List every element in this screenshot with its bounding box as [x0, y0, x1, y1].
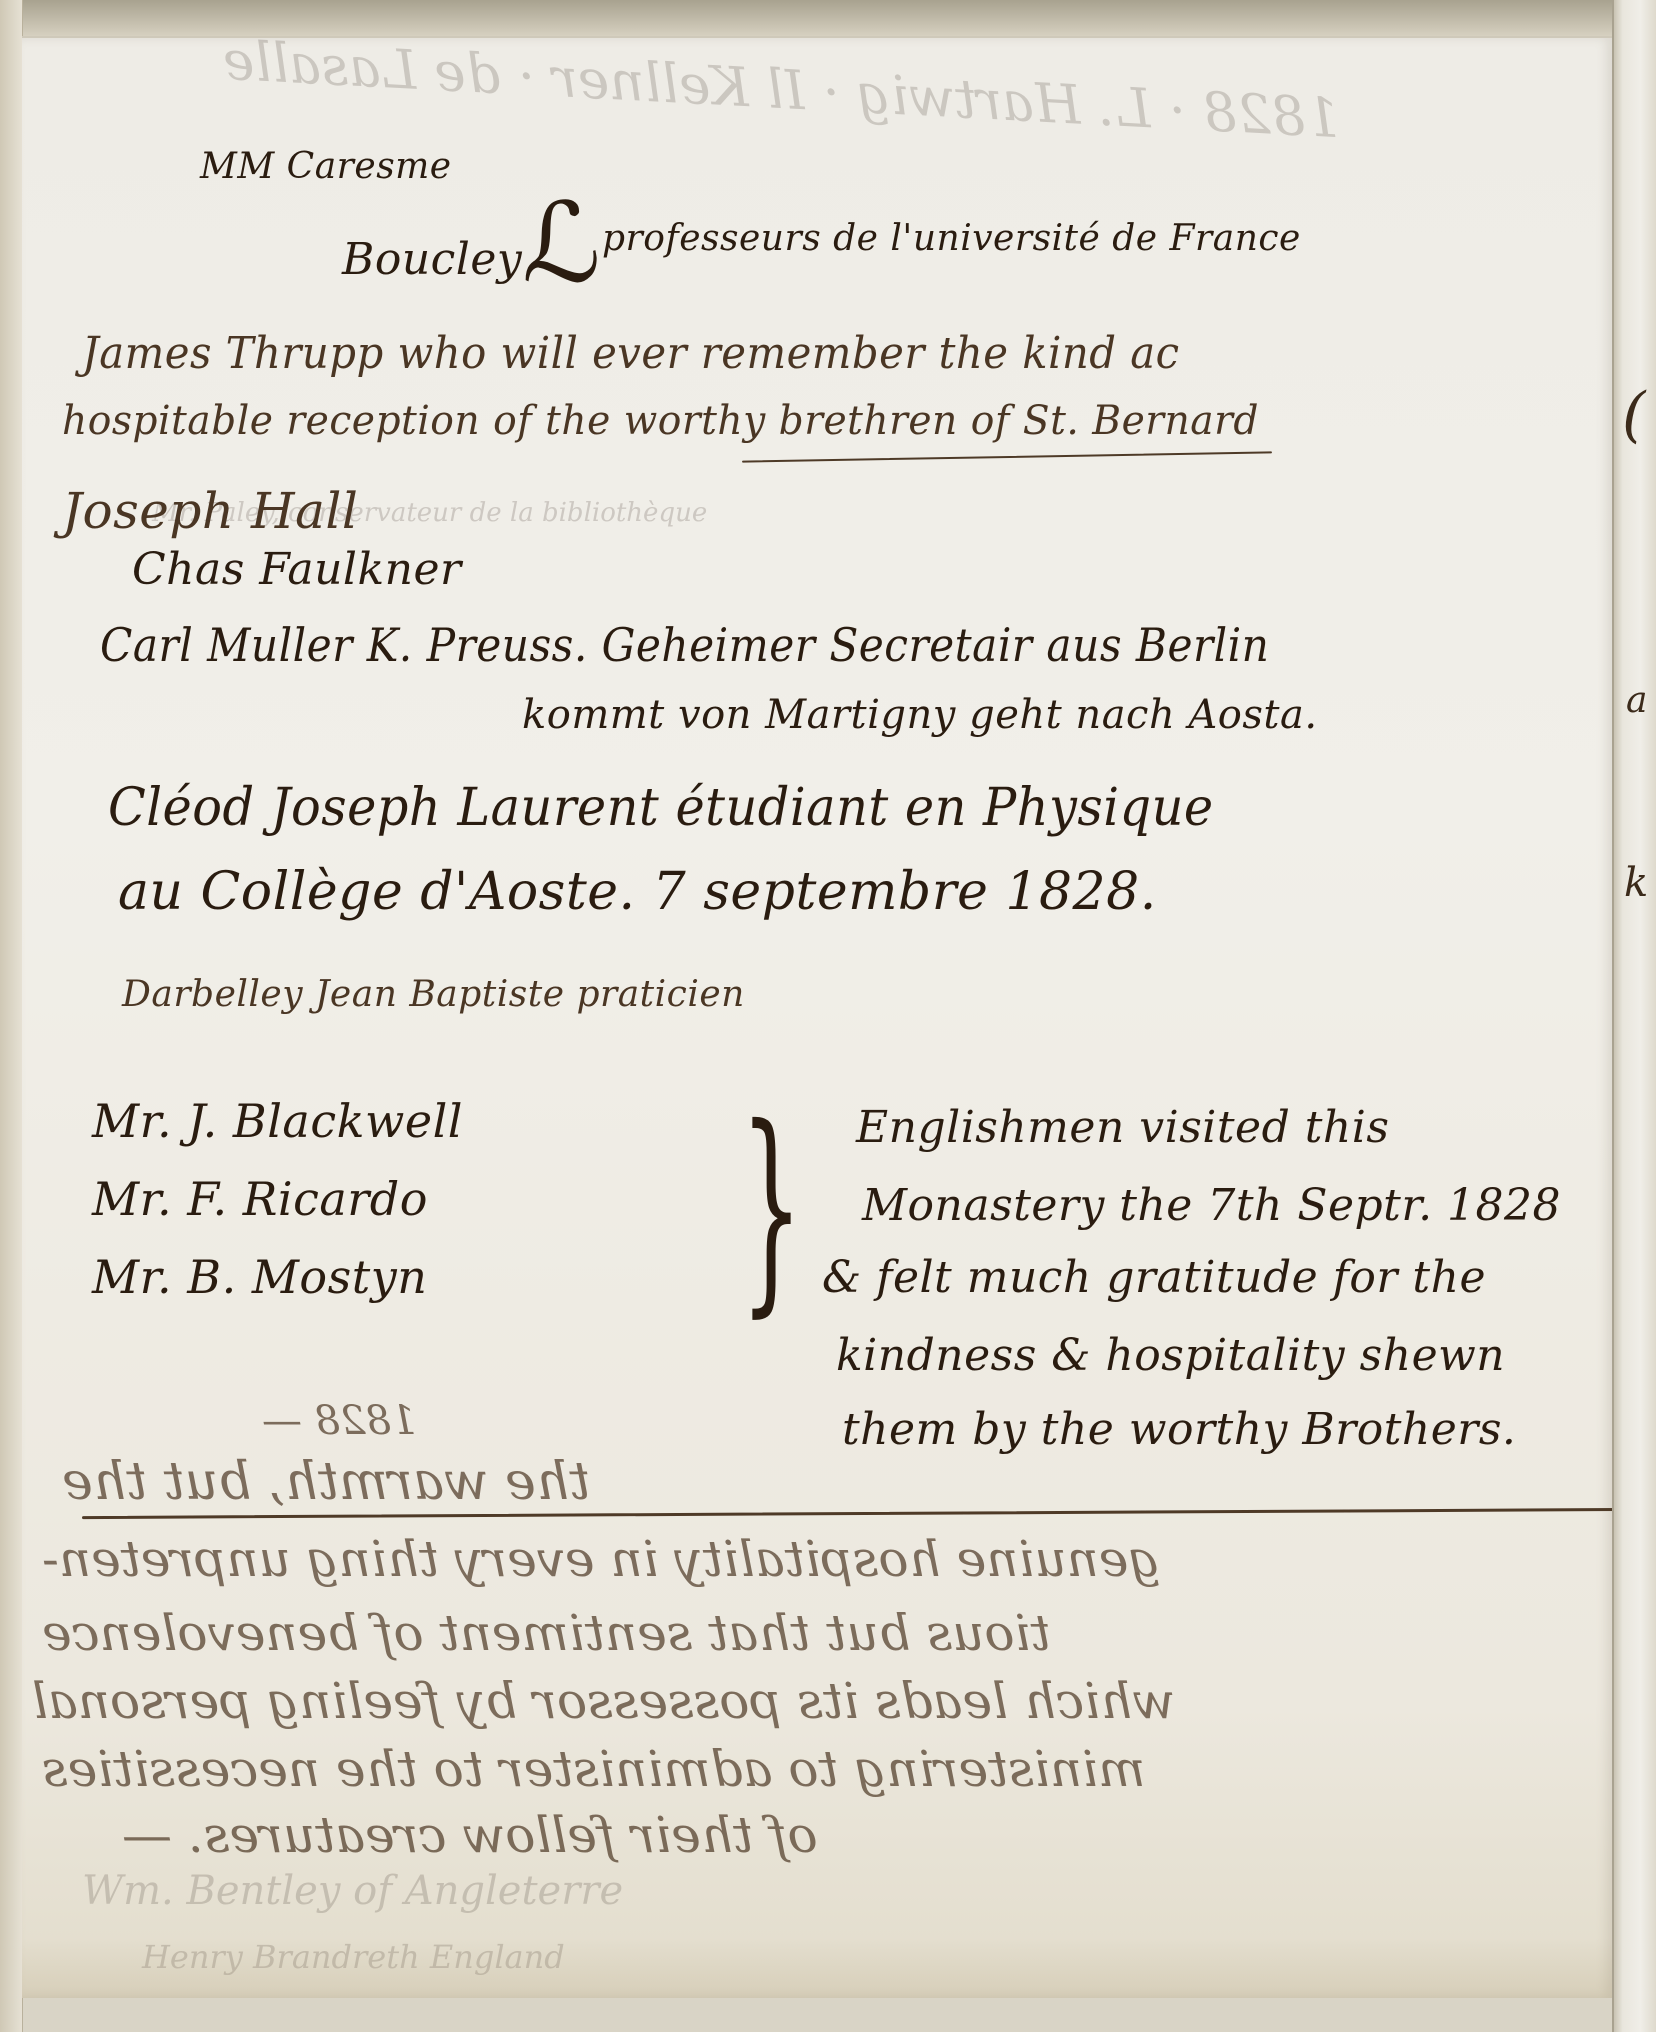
group-name-ricardo: Mr. F. Ricardo: [92, 1172, 428, 1226]
bracket-glyph: ℒ: [522, 188, 601, 298]
group-name-blackwell: Mr. J. Blackwell: [92, 1094, 463, 1148]
right-brace: }: [740, 1098, 803, 1318]
mirrored-text-line: genuine hospitality in every thing unpre…: [42, 1530, 1160, 1588]
left-page-edge: [0, 0, 23, 2032]
group-statement-line: & felt much gratitude for the: [822, 1252, 1486, 1303]
mirrored-text-line: 1828 —: [262, 1398, 417, 1444]
entry-boucley-name: Boucley: [342, 234, 522, 285]
ghost-text-line: Wm. Bentley of Angleterre: [82, 1868, 623, 1914]
group-statement-line: them by the worthy Brothers.: [842, 1404, 1516, 1455]
entry-carl-muller-line1: Carl Muller K. Preuss. Geheimer Secretai…: [100, 618, 1269, 672]
ghost-text-header: 1828 · L. Hartwig · Il Kellner · de Lasa…: [221, 29, 1342, 150]
entry-laurent-line2: au Collège d'Aoste. 7 septembre 1828.: [118, 862, 1157, 922]
entry-darbelley: Darbelley Jean Baptiste praticien: [122, 974, 745, 1015]
entry-thrupp-line2: hospitable reception of the worthy breth…: [62, 398, 1259, 444]
entry-joseph-hall: Joseph Hall: [62, 482, 358, 540]
group-statement-line: Englishmen visited this: [856, 1102, 1389, 1153]
facing-page-fragment: k: [1624, 860, 1648, 906]
group-statement-line: Monastery the 7th Septr. 1828: [862, 1180, 1561, 1231]
underline-rule: [742, 451, 1272, 462]
mirrored-text-line: tious but that sentiment of benevolence: [42, 1604, 1051, 1662]
entry-carl-muller-line2: kommt von Martigny geht nach Aosta.: [522, 692, 1318, 738]
entry-boucley-text: professeurs de l'université de France: [602, 218, 1301, 259]
manuscript-scan: 1828 · L. Hartwig · Il Kellner · de Lasa…: [0, 0, 1656, 2032]
facing-page-fragment: a: [1626, 680, 1647, 721]
register-page: 1828 · L. Hartwig · Il Kellner · de Lasa…: [22, 36, 1612, 1998]
mirrored-text-line: of their fellow creatures. —: [122, 1806, 818, 1864]
mirrored-text-line: ministering to administer to the necessi…: [42, 1740, 1145, 1798]
mirrored-text-line: which leads its possessor by feeling per…: [32, 1672, 1175, 1730]
page-bottom-edge: [22, 1938, 1612, 1998]
book-gutter: ( a k: [1612, 0, 1656, 2032]
entry-chas-faulkner: Chas Faulkner: [132, 544, 462, 595]
facing-page-fragment: (: [1622, 380, 1645, 450]
group-statement-line: kindness & hospitality shewn: [836, 1330, 1505, 1381]
mirrored-text-line: the warmth, but the: [62, 1452, 590, 1512]
entry-caresme: MM Caresme: [200, 146, 452, 187]
entry-thrupp-line1: James Thrupp who will ever remember the …: [82, 328, 1180, 379]
entry-laurent-line1: Cléod Joseph Laurent étudiant en Physiqu…: [108, 778, 1214, 838]
group-name-mostyn: Mr. B. Mostyn: [92, 1250, 427, 1304]
